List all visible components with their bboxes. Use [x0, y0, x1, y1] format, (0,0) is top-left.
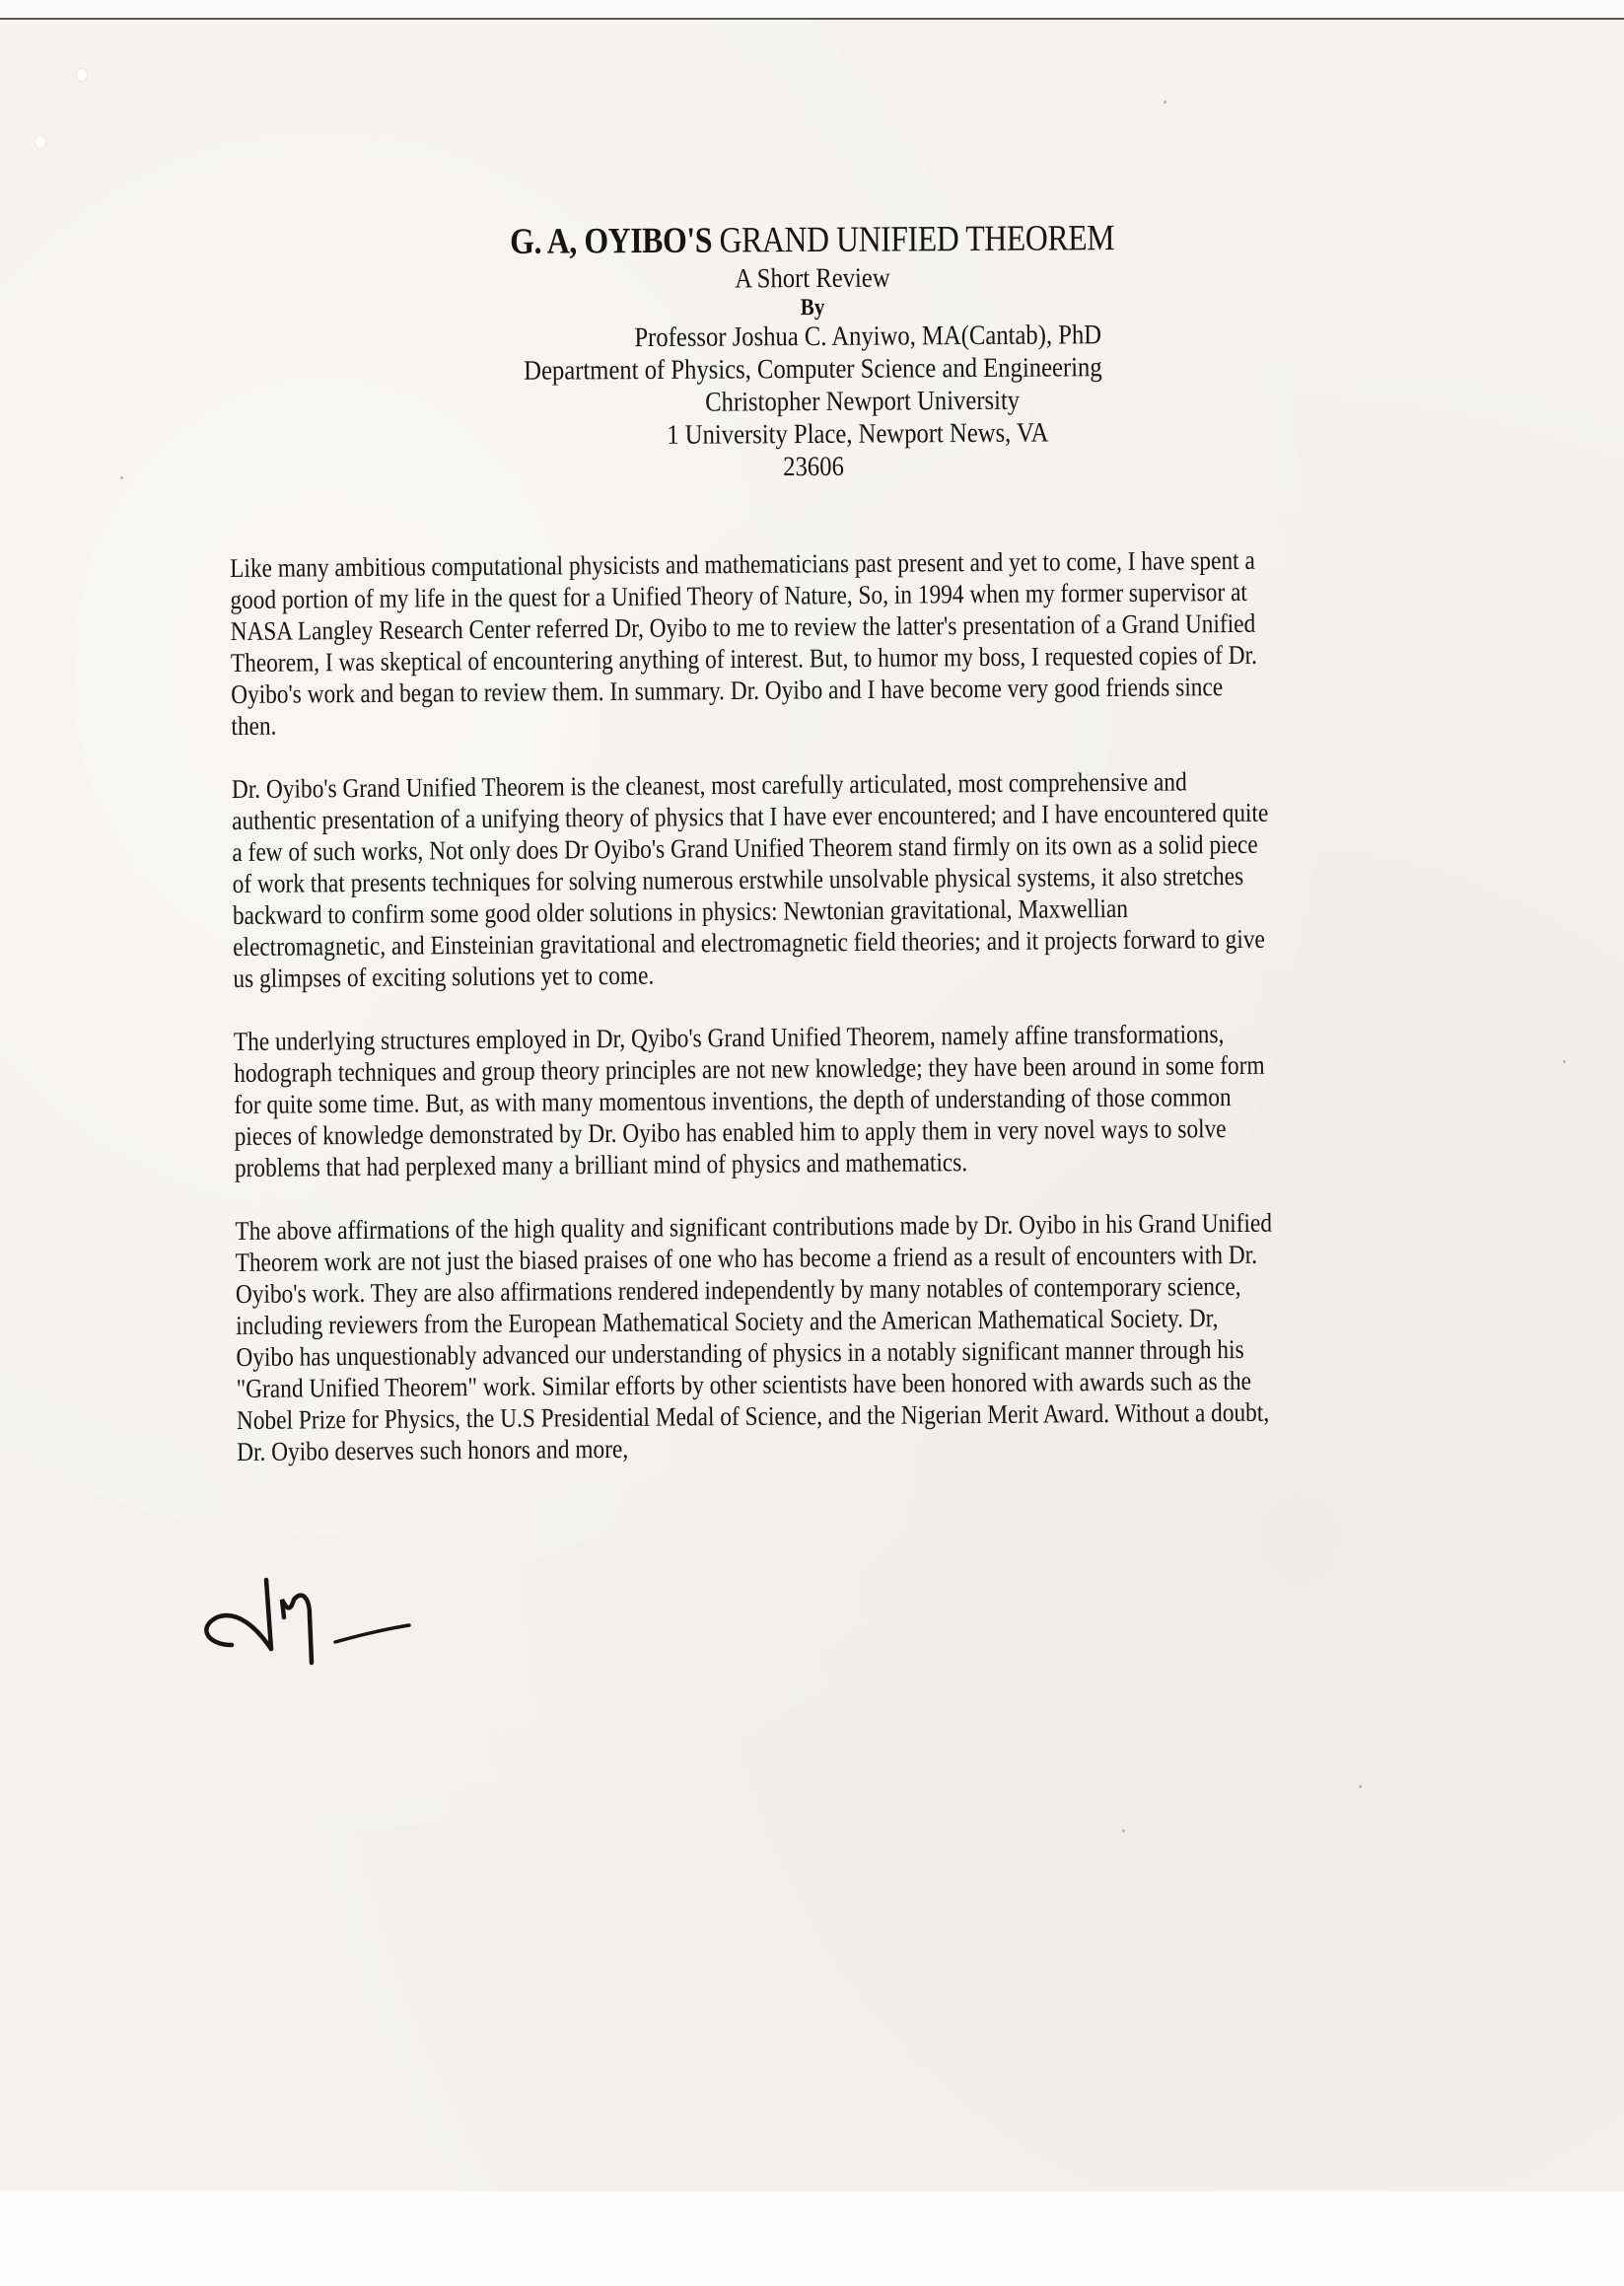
title-subject: GRAND UNIFIED THEOREM: [719, 218, 1114, 260]
document-body: Like many ambitious computational physic…: [230, 542, 1480, 1499]
body-paragraph: The underlying structures employed in Dr…: [234, 1016, 1477, 1183]
scan-speck: [1563, 1060, 1566, 1063]
title-name: G. A, OYIBO'S: [510, 221, 712, 262]
scan-top-margin: [0, 0, 1624, 20]
scan-speck: [1164, 101, 1166, 104]
scan-speck: [1359, 1785, 1362, 1788]
signature-icon: [187, 1568, 424, 1686]
document-header: G. A, OYIBO'S GRAND UNIFIED THEOREM A Sh…: [0, 214, 1624, 488]
scan-speck: [1122, 1829, 1125, 1832]
body-paragraph: Dr. Oyibo's Grand Unified Theorem is the…: [232, 763, 1476, 994]
punch-hole-mark: [35, 136, 45, 148]
punch-hole-mark: [77, 69, 87, 81]
scan-bottom-margin: [0, 2191, 1624, 2286]
body-paragraph: The above affirmations of the high quali…: [235, 1205, 1479, 1467]
body-paragraph: Like many ambitious computational physic…: [230, 542, 1473, 742]
